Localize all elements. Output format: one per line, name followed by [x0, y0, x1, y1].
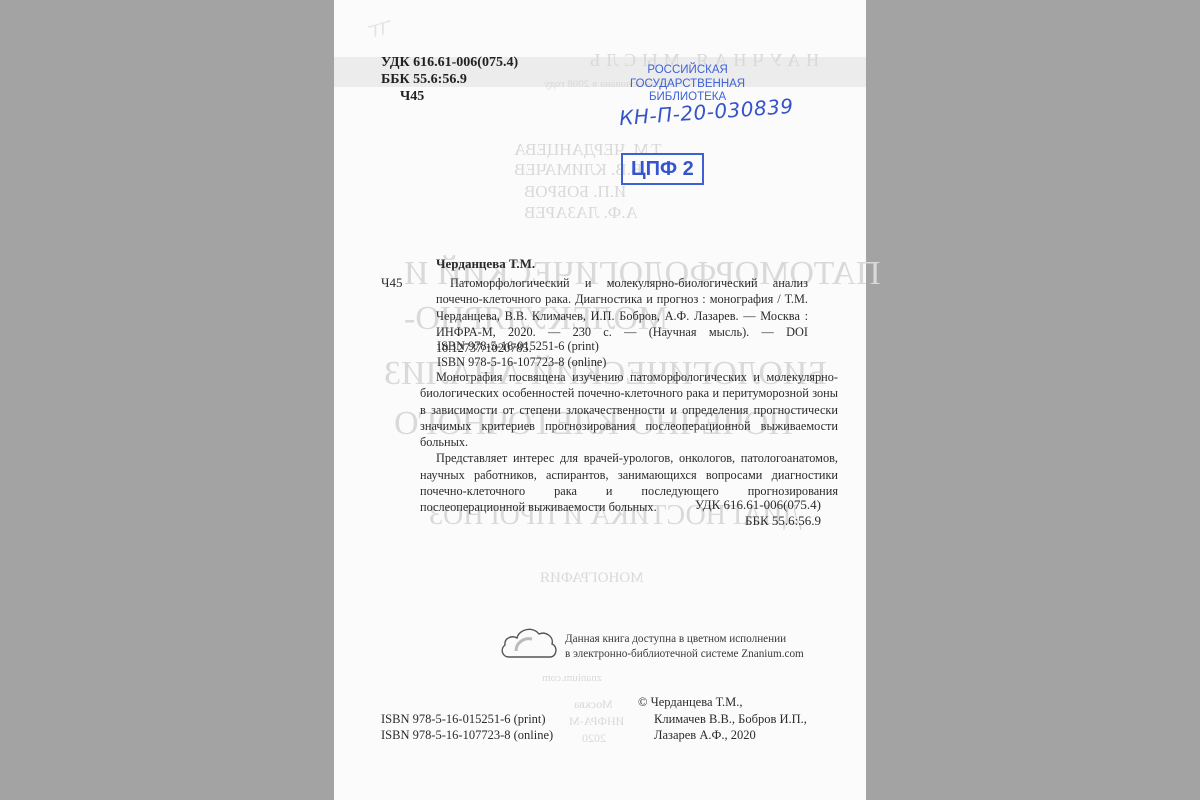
bleed-site: znanium.com — [542, 672, 602, 684]
department-stamp: ЦПФ 2 — [621, 153, 704, 185]
book-page: НАУЧНАЯ МЫСЛЬ Серия основана в 2008 году… — [334, 0, 866, 800]
cloud-icon — [499, 623, 559, 661]
card-author: Черданцева Т.М. — [436, 256, 535, 272]
bleed-author-3: И.П. БОБРОВ — [524, 182, 626, 202]
bbk-top: ББК 55.6:56.9 — [381, 71, 518, 88]
stamp-line: ГОСУДАРСТВЕННАЯ — [630, 78, 745, 92]
author-mark-top: Ч45 — [381, 88, 518, 105]
card-isbn: ISBN 978-5-16-015251-6 (print) ISBN 978-… — [437, 339, 606, 370]
isbn-print: ISBN 978-5-16-015251-6 (print) — [437, 339, 606, 355]
bleed-imprint-2: ИНФРА-М — [569, 714, 624, 729]
bleed-author-4: А.Ф. ЛАЗАРЕВ — [524, 203, 638, 223]
abstract-paragraph: Монография посвящена изучению патоморфол… — [420, 369, 838, 450]
pencil-mark: ㅠ — [360, 7, 394, 49]
udk-top: УДК 616.61-006(075.4) — [381, 54, 518, 71]
stamp-line: РОССИЙСКАЯ — [630, 64, 745, 78]
udk-bottom: УДК 616.61-006(075.4) — [695, 497, 821, 513]
copyright-line: © Черданцева Т.М., — [638, 694, 807, 711]
abstract: Монография посвящена изучению патоморфол… — [420, 369, 838, 516]
isbn-online: ISBN 978-5-16-107723-8 (online) — [381, 727, 553, 743]
znanium-line: Данная книга доступна в цветном исполнен… — [565, 632, 804, 647]
bbk-bottom: ББК 55.6:56.9 — [695, 513, 821, 529]
isbn-bottom: ISBN 978-5-16-015251-6 (print) ISBN 978-… — [381, 711, 553, 743]
isbn-print: ISBN 978-5-16-015251-6 (print) — [381, 711, 553, 727]
isbn-online: ISBN 978-5-16-107723-8 (online) — [437, 355, 606, 371]
znanium-line: в электронно-библиотечной системе Znaniu… — [565, 647, 804, 662]
classification-top: УДК 616.61-006(075.4) ББК 55.6:56.9 Ч45 — [381, 54, 518, 105]
classification-bottom: УДК 616.61-006(075.4) ББК 55.6:56.9 — [695, 497, 821, 529]
copyright: © Черданцева Т.М., Климачев В.В., Бобров… — [638, 694, 807, 744]
card-author-mark: Ч45 — [381, 275, 402, 291]
bleed-imprint-1: Москва — [574, 697, 613, 712]
znanium-note: Данная книга доступна в цветном исполнен… — [565, 632, 804, 661]
bleed-genre: МОНОГРАФИЯ — [540, 570, 644, 587]
copyright-line: Климачев В.В., Бобров И.П., — [638, 711, 807, 728]
copyright-line: Лазарев А.Ф., 2020 — [638, 727, 807, 744]
bleed-imprint-3: 2020 — [582, 731, 606, 746]
